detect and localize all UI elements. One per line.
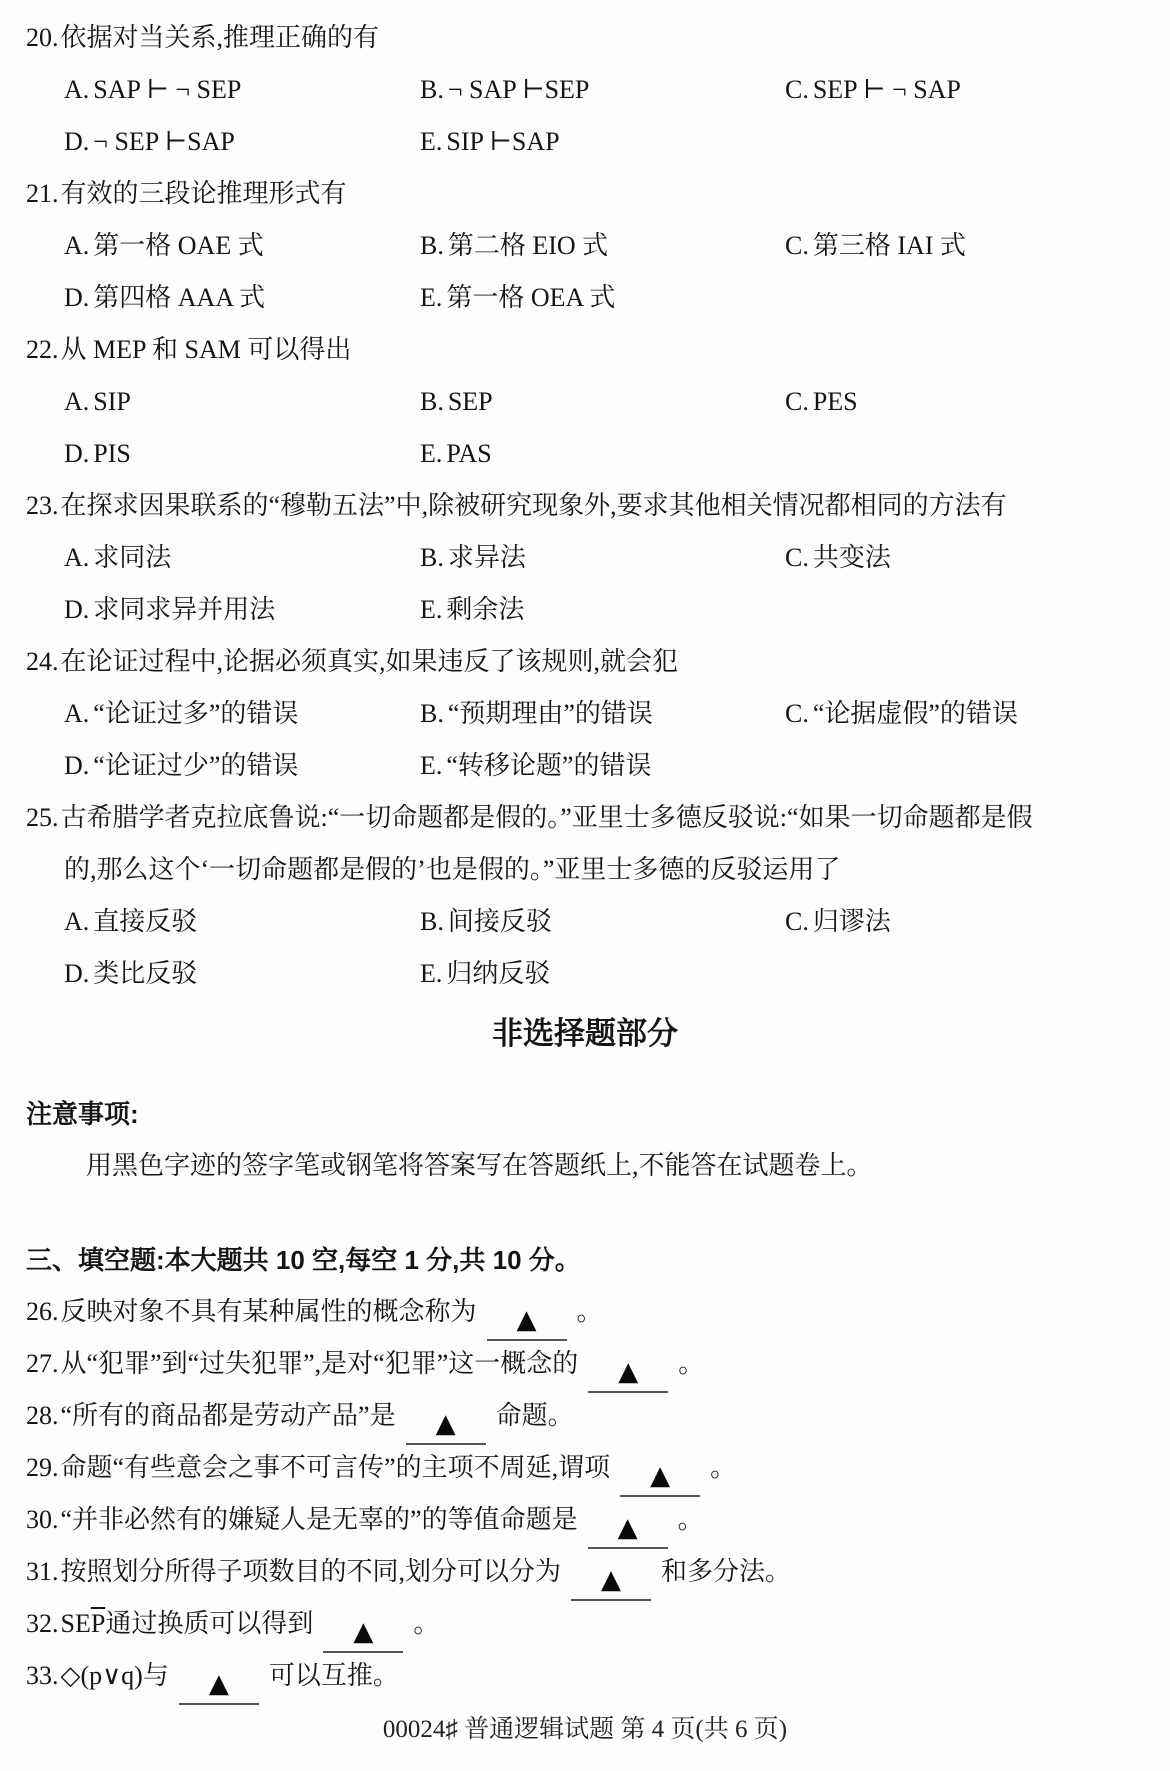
triangle-marker: ▲	[618, 1513, 638, 1543]
question-number: 24.	[26, 647, 59, 676]
question-25-options-row-1: A.直接反驳 B.间接反驳 C.归谬法	[0, 896, 1170, 948]
option-text: SAP ⊢ ¬ SEP	[93, 75, 241, 104]
answer-blank: ▲	[406, 1409, 486, 1445]
option-e: E.“转移论题”的错误	[420, 740, 785, 792]
option-d: D.“论证过少”的错误	[64, 740, 420, 792]
option-label: E.	[420, 283, 442, 312]
option-d: D.第四格 AAA 式	[64, 272, 420, 324]
option-text: PIS	[93, 439, 131, 468]
answer-blank: ▲	[588, 1357, 668, 1393]
question-text-after: 。	[678, 1505, 704, 1534]
question-28: 28.“所有的商品都是劳动产品”是▲命题。	[0, 1390, 1170, 1442]
answer-blank: ▲	[487, 1305, 567, 1341]
option-label: A.	[64, 543, 89, 572]
question-20: 20.依据对当关系,推理正确的有	[0, 12, 1170, 64]
question-text: 命题“有些意会之事不可言传”的主项不周延,谓项	[61, 1453, 611, 1482]
option-label: C.	[785, 699, 809, 728]
option-label: A.	[64, 907, 89, 936]
question-number: 29.	[26, 1453, 59, 1482]
answer-blank: ▲	[588, 1513, 668, 1549]
question-24-options-row-2: D.“论证过少”的错误 E.“转移论题”的错误	[0, 740, 1170, 792]
question-text: 通过换质可以得到	[105, 1609, 313, 1638]
page-footer: 00024♯ 普通逻辑试题 第 4 页(共 6 页)	[0, 1704, 1170, 1756]
option-text: “论证过少”的错误	[93, 751, 298, 780]
question-text: 反映对象不具有某种属性的概念称为	[61, 1297, 477, 1326]
question-text: “并非必然有的嫌疑人是无辜的”的等值命题是	[61, 1505, 578, 1534]
question-32: 32.SEP通过换质可以得到▲。	[0, 1598, 1170, 1650]
option-text: SEP ⊢ ¬ SAP	[813, 75, 961, 104]
option-b: B.间接反驳	[420, 896, 785, 948]
question-21-options-row-2: D.第四格 AAA 式 E.第一格 OEA 式	[0, 272, 1170, 324]
question-text: 依据对当关系,推理正确的有	[61, 23, 380, 52]
option-a: A.SIP	[64, 376, 420, 428]
question-number: 22.	[26, 335, 59, 364]
option-text: 归谬法	[813, 907, 891, 936]
question-22-options-row-2: D.PIS E.PAS	[0, 428, 1170, 480]
question-29: 29.命题“有些意会之事不可言传”的主项不周延,谓项▲。	[0, 1442, 1170, 1494]
question-22-options-row-1: A.SIP B.SEP C.PES	[0, 376, 1170, 428]
answer-blank: ▲	[571, 1565, 651, 1601]
question-number: 27.	[26, 1349, 59, 1378]
option-text: 类比反驳	[93, 959, 197, 988]
question-text-line-2: 的,那么这个‘一切命题都是假的’也是假的。”亚里士多德的反驳运用了	[64, 855, 840, 884]
option-text: 求同求异并用法	[93, 595, 275, 624]
option-label: D.	[64, 595, 89, 624]
option-text: 归纳反驳	[446, 959, 550, 988]
option-label: B.	[420, 907, 444, 936]
question-text-after: 和多分法。	[661, 1557, 791, 1586]
option-label: A.	[64, 75, 89, 104]
option-a: A.直接反驳	[64, 896, 420, 948]
option-label: A.	[64, 231, 89, 260]
option-a: A.“论证过多”的错误	[64, 688, 420, 740]
option-text: SIP	[93, 387, 131, 416]
option-text: PAS	[446, 439, 491, 468]
option-label: E.	[420, 127, 442, 156]
option-d: D.求同求异并用法	[64, 584, 420, 636]
option-e: E.归纳反驳	[420, 948, 785, 1000]
option-text: 共变法	[813, 543, 891, 572]
option-label: C.	[785, 543, 809, 572]
option-text: 第三格 IAI 式	[813, 231, 966, 260]
option-b: B.“预期理由”的错误	[420, 688, 785, 740]
option-text: 第一格 OEA 式	[446, 283, 615, 312]
option-text: “论证过多”的错误	[93, 699, 298, 728]
option-label: D.	[64, 439, 89, 468]
question-number: 26.	[26, 1297, 59, 1326]
question-text: 在探求因果联系的“穆勒五法”中,除被研究现象外,要求其他相关情况都相同的方法有	[61, 491, 1007, 520]
question-21-options-row-1: A.第一格 OAE 式 B.第二格 EIO 式 C.第三格 IAI 式	[0, 220, 1170, 272]
option-label: B.	[420, 75, 444, 104]
option-c: C.PES	[785, 376, 1170, 428]
question-text: 从 MEP 和 SAM 可以得出	[61, 335, 352, 364]
option-label: D.	[64, 959, 89, 988]
option-text: 求同法	[93, 543, 171, 572]
question-21: 21.有效的三段论推理形式有	[0, 168, 1170, 220]
question-number: 23.	[26, 491, 59, 520]
option-text: SEP	[448, 387, 493, 416]
option-label: E.	[420, 595, 442, 624]
overline-term: P	[91, 1609, 105, 1638]
option-text: “转移论题”的错误	[446, 751, 651, 780]
option-label: E.	[420, 439, 442, 468]
option-label: B.	[420, 387, 444, 416]
answer-blank: ▲	[179, 1669, 259, 1705]
option-label: E.	[420, 959, 442, 988]
notes-body: 用黑色字迹的签字笔或钢笔将答案写在答题纸上,不能答在试题卷上。	[0, 1140, 1170, 1192]
option-text: “预期理由”的错误	[448, 699, 653, 728]
question-22: 22.从 MEP 和 SAM 可以得出	[0, 324, 1170, 376]
section-header: 非选择题部分	[0, 1008, 1170, 1060]
question-24: 24.在论证过程中,论据必须真实,如果违反了该规则,就会犯	[0, 636, 1170, 688]
question-number: 32.	[26, 1609, 59, 1638]
option-e: E.PAS	[420, 428, 785, 480]
option-text: 第二格 EIO 式	[448, 231, 608, 260]
question-text: 从“犯罪”到“过失犯罪”,是对“犯罪”这一概念的	[61, 1349, 579, 1378]
option-label: C.	[785, 907, 809, 936]
notes-title: 注意事项:	[0, 1088, 1170, 1140]
question-31: 31.按照划分所得子项数目的不同,划分可以分为▲和多分法。	[0, 1546, 1170, 1598]
question-25-options-row-2: D.类比反驳 E.归纳反驳	[0, 948, 1170, 1000]
question-text-pre: SE	[61, 1609, 91, 1638]
question-20-options-row-1: A.SAP ⊢ ¬ SEP B.¬ SAP ⊢SEP C.SEP ⊢ ¬ SAP	[0, 64, 1170, 116]
option-text: 第四格 AAA 式	[93, 283, 265, 312]
option-label: B.	[420, 543, 444, 572]
option-b: B.SEP	[420, 376, 785, 428]
option-c: C.归谬法	[785, 896, 1170, 948]
triangle-marker: ▲	[618, 1357, 638, 1387]
option-text: “论据虚假”的错误	[813, 699, 1018, 728]
answer-blank: ▲	[323, 1617, 403, 1653]
option-c: C.SEP ⊢ ¬ SAP	[785, 64, 1170, 116]
exam-page: 20.依据对当关系,推理正确的有 A.SAP ⊢ ¬ SEP B.¬ SAP ⊢…	[0, 0, 1170, 1771]
option-a: A.求同法	[64, 532, 420, 584]
question-number: 28.	[26, 1401, 59, 1430]
question-text-line-1: 古希腊学者克拉底鲁说:“一切命题都是假的。”亚里士多德反驳说:“如果一切命题都是…	[61, 803, 1033, 832]
question-27: 27.从“犯罪”到“过失犯罪”,是对“犯罪”这一概念的▲。	[0, 1338, 1170, 1390]
question-number: 20.	[26, 23, 59, 52]
option-label: B.	[420, 699, 444, 728]
question-23-options-row-1: A.求同法 B.求异法 C.共变法	[0, 532, 1170, 584]
triangle-marker: ▲	[353, 1617, 373, 1647]
fill-in-section-header: 三、填空题:本大题共 10 空,每空 1 分,共 10 分。	[0, 1234, 1170, 1286]
triangle-marker: ▲	[209, 1669, 229, 1699]
question-33: 33.◇(p∨q)与▲可以互推。	[0, 1650, 1170, 1702]
option-b: B.求异法	[420, 532, 785, 584]
option-label: A.	[64, 699, 89, 728]
option-b: B.第二格 EIO 式	[420, 220, 785, 272]
option-a: A.第一格 OAE 式	[64, 220, 420, 272]
question-number: 33.	[26, 1661, 59, 1690]
option-label: E.	[420, 751, 442, 780]
question-number: 30.	[26, 1505, 59, 1534]
option-text: 间接反驳	[448, 907, 552, 936]
option-text: 剩余法	[446, 595, 524, 624]
triangle-marker: ▲	[436, 1409, 456, 1439]
question-number: 25.	[26, 803, 59, 832]
question-25: 25.古希腊学者克拉底鲁说:“一切命题都是假的。”亚里士多德反驳说:“如果一切命…	[0, 792, 1170, 844]
question-text-after: 。	[678, 1349, 704, 1378]
question-30: 30.“并非必然有的嫌疑人是无辜的”的等值命题是▲。	[0, 1494, 1170, 1546]
option-text: 求异法	[448, 543, 526, 572]
question-24-options-row-1: A.“论证过多”的错误 B.“预期理由”的错误 C.“论据虚假”的错误	[0, 688, 1170, 740]
question-number: 31.	[26, 1557, 59, 1586]
question-text: ◇(p∨q)与	[61, 1661, 169, 1690]
option-label: D.	[64, 283, 89, 312]
option-c: C.“论据虚假”的错误	[785, 688, 1170, 740]
question-text-after: 。	[413, 1609, 439, 1638]
question-23: 23.在探求因果联系的“穆勒五法”中,除被研究现象外,要求其他相关情况都相同的方…	[0, 480, 1170, 532]
option-d: D.类比反驳	[64, 948, 420, 1000]
question-text: “所有的商品都是劳动产品”是	[61, 1401, 396, 1430]
question-text-after: 可以互推。	[269, 1661, 399, 1690]
option-b: B.¬ SAP ⊢SEP	[420, 64, 785, 116]
option-label: D.	[64, 751, 89, 780]
option-c: C.共变法	[785, 532, 1170, 584]
question-26: 26.反映对象不具有某种属性的概念称为▲。	[0, 1286, 1170, 1338]
triangle-marker: ▲	[517, 1305, 537, 1335]
question-20-options-row-2: D.¬ SEP ⊢SAP E.SIP ⊢SAP	[0, 116, 1170, 168]
answer-blank: ▲	[620, 1461, 700, 1497]
option-text: PES	[813, 387, 858, 416]
option-label: C.	[785, 387, 809, 416]
option-label: B.	[420, 231, 444, 260]
option-label: D.	[64, 127, 89, 156]
option-text: ¬ SEP ⊢SAP	[93, 127, 235, 156]
option-d: D.¬ SEP ⊢SAP	[64, 116, 420, 168]
option-e: E.SIP ⊢SAP	[420, 116, 785, 168]
question-text: 按照划分所得子项数目的不同,划分可以分为	[61, 1557, 562, 1586]
option-e: E.第一格 OEA 式	[420, 272, 785, 324]
question-text-after: 命题。	[496, 1401, 574, 1430]
question-text-after: 。	[577, 1297, 603, 1326]
option-label: C.	[785, 75, 809, 104]
option-a: A.SAP ⊢ ¬ SEP	[64, 64, 420, 116]
question-text: 在论证过程中,论据必须真实,如果违反了该规则,就会犯	[61, 647, 679, 676]
option-label: A.	[64, 387, 89, 416]
option-c: C.第三格 IAI 式	[785, 220, 1170, 272]
option-d: D.PIS	[64, 428, 420, 480]
triangle-marker: ▲	[650, 1461, 670, 1491]
question-23-options-row-2: D.求同求异并用法 E.剩余法	[0, 584, 1170, 636]
option-text: SIP ⊢SAP	[446, 127, 559, 156]
option-text: 直接反驳	[93, 907, 197, 936]
question-number: 21.	[26, 179, 59, 208]
option-e: E.剩余法	[420, 584, 785, 636]
option-text: 第一格 OAE 式	[93, 231, 263, 260]
option-text: ¬ SAP ⊢SEP	[448, 75, 590, 104]
option-label: C.	[785, 231, 809, 260]
question-text: 有效的三段论推理形式有	[61, 179, 347, 208]
triangle-marker: ▲	[601, 1565, 621, 1595]
question-25-continued: 的,那么这个‘一切命题都是假的’也是假的。”亚里士多德的反驳运用了	[0, 844, 1170, 896]
question-text-after: 。	[710, 1453, 736, 1482]
